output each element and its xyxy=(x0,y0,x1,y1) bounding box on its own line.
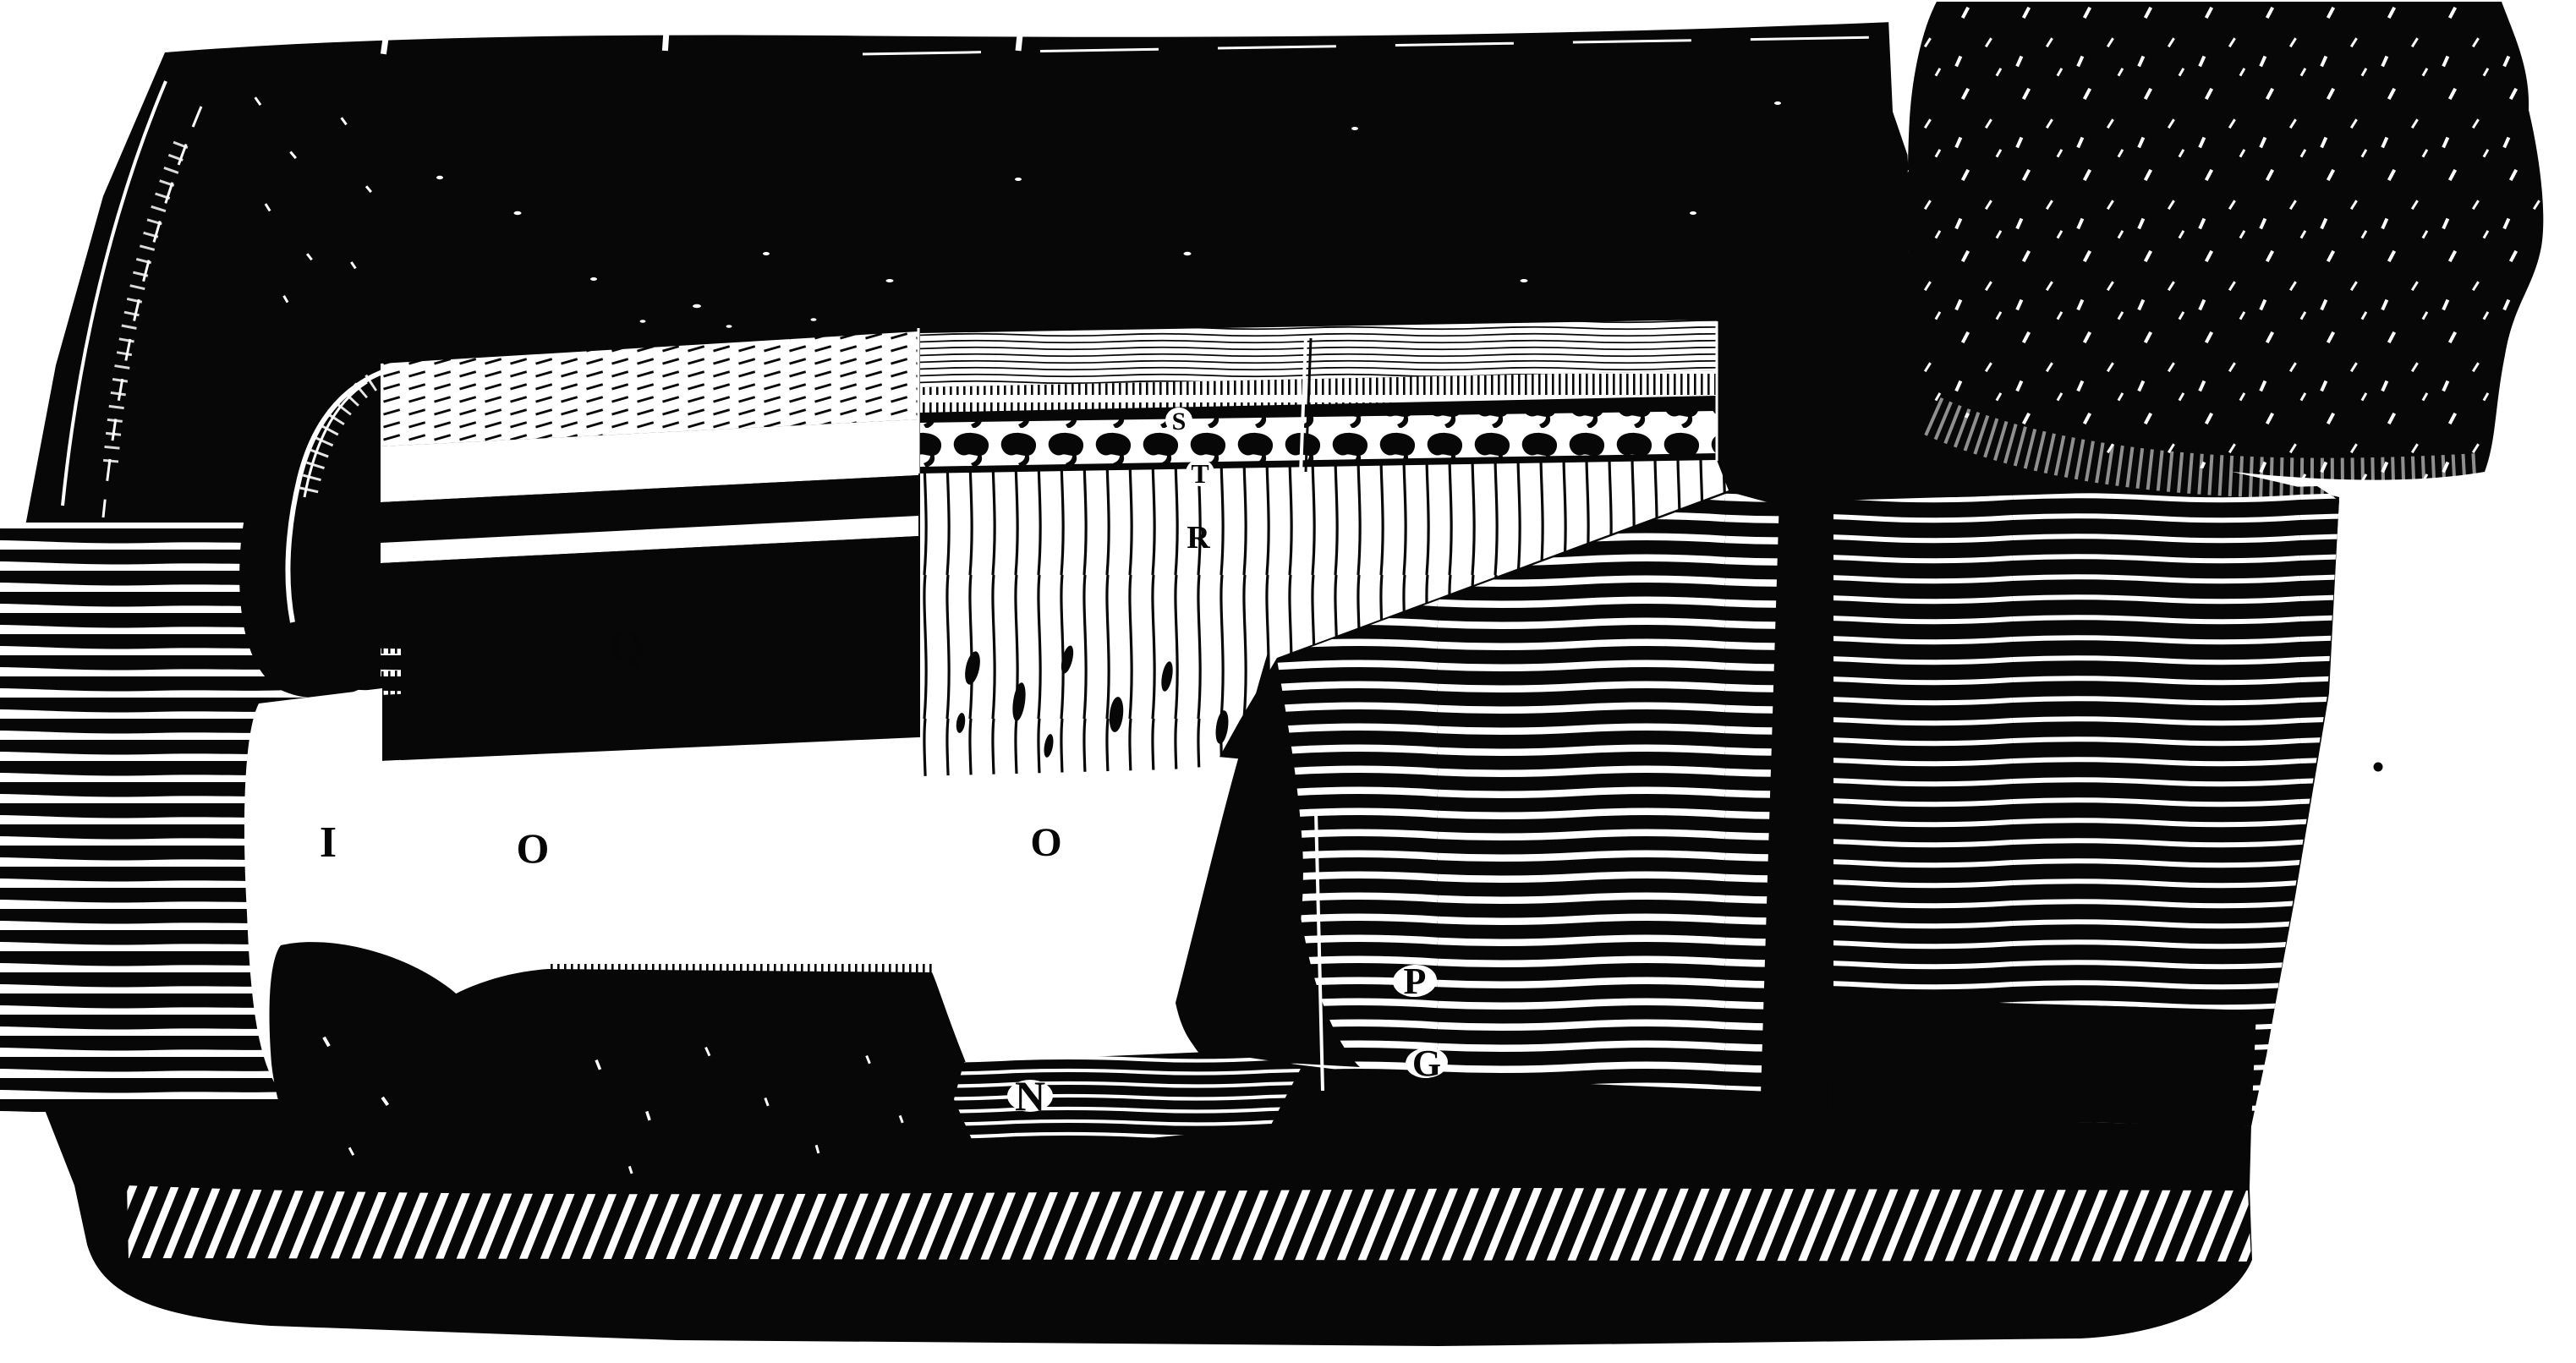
label-p: P xyxy=(1404,961,1427,1002)
upper-left-block xyxy=(381,331,918,761)
engraving-canvas: I O Q S T R O P G N xyxy=(0,0,2576,1363)
interior-bottom-fringe xyxy=(548,964,934,1021)
label-t: T xyxy=(1191,458,1209,489)
engraving-plate: I O Q S T R O P G N xyxy=(0,0,2576,1363)
label-s: S xyxy=(1172,408,1187,435)
right-striped-sheath xyxy=(1830,486,2339,1126)
label-g: G xyxy=(1412,1043,1441,1084)
label-q: Q xyxy=(611,623,644,671)
label-o-center: O xyxy=(1030,820,1061,865)
bottom-hatch-band xyxy=(127,1185,2251,1262)
right-lower-shadow xyxy=(1830,998,2256,1126)
label-i: I xyxy=(320,818,337,867)
crumpled-flap xyxy=(1908,2,2544,480)
label-o-left: O xyxy=(517,824,550,872)
flap-body xyxy=(1908,2,2544,480)
ink-dot xyxy=(2374,763,2383,772)
label-n: N xyxy=(1015,1072,1045,1119)
label-r: R xyxy=(1187,520,1210,556)
